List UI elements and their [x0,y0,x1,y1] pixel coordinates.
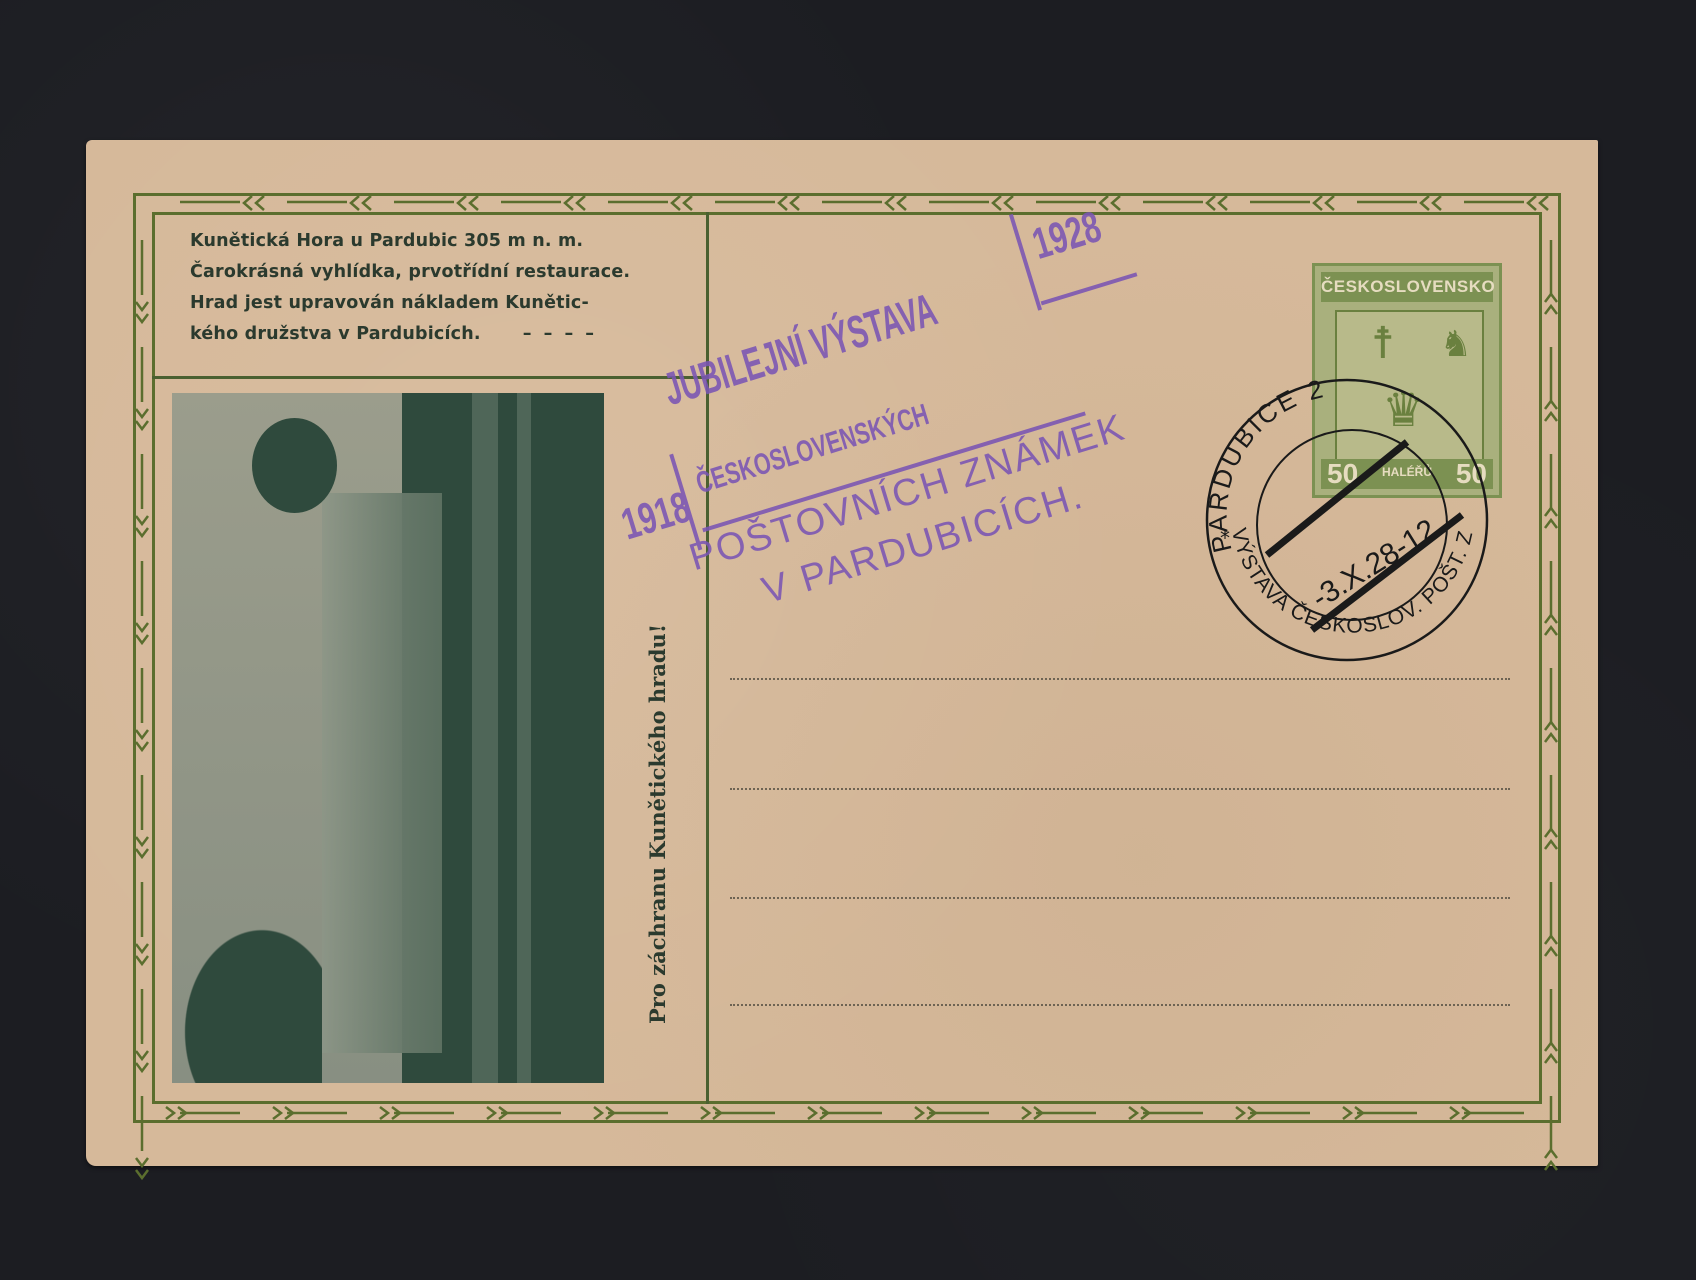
bear-icon: ♞ [1440,324,1472,365]
postmark: PARDUBICE 2 VÝSTAVA ČESKOSLOV. POŠT. ZNÁ… [1192,360,1502,670]
description-line-3: Hrad jest upravován nákladem Kunětic- [190,288,680,319]
description-text: Kunětická Hora u Pardubic 305 m n. m. Ča… [190,226,680,350]
cachet-year-right: 1928 [1027,202,1107,270]
landscape-photo [172,393,604,1083]
postmark-separator: * [1220,526,1230,550]
description-line-2: Čarokrásná vyhlídka, prvotřídní restaura… [190,257,680,288]
tree-icon [252,418,337,513]
address-line [730,678,1510,680]
address-line [730,788,1510,790]
address-line [730,897,1510,899]
address-line [730,1004,1510,1006]
photo-foreground [172,913,322,1083]
stamp-country: ČESKOSLOVENSKO [1321,272,1493,302]
vertical-caption: Pro záchranu Kunětického hradu! [645,624,670,1024]
castle-hill [322,493,442,1053]
description-line-1: Kunětická Hora u Pardubic 305 m n. m. [190,226,680,257]
